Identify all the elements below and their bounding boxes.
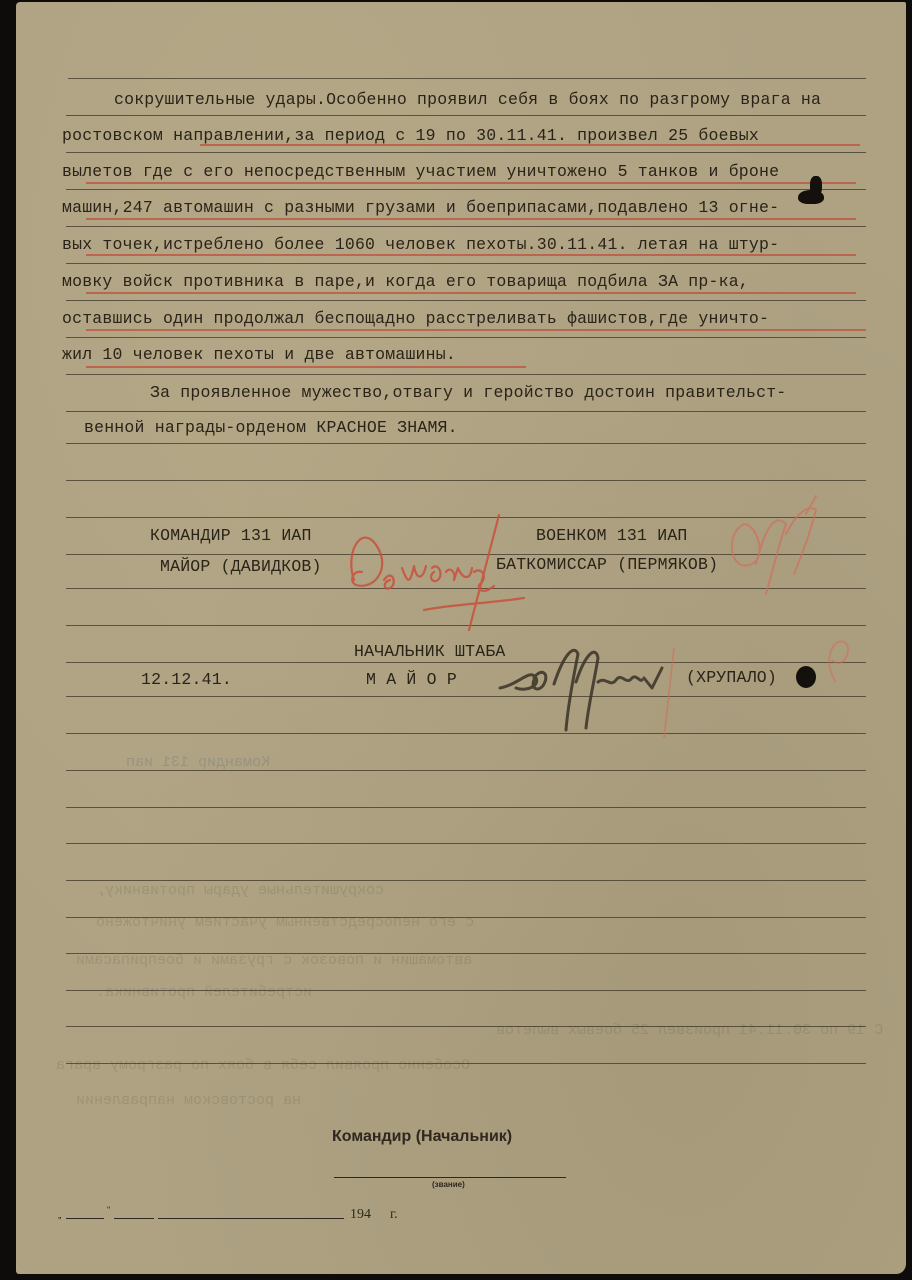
chief-of-staff-handwritten-signature — [494, 638, 694, 738]
conclusion-line: венной награды-орденом КРАСНОЕ ЗНАМЯ. — [84, 418, 458, 437]
body-line: вылетов где с его непосредственным участ… — [62, 162, 779, 181]
conclusion-line: За проявленное мужество,отвагу и геройст… — [150, 383, 786, 402]
commander-rank-name: МАЙОР (ДАВИДКОВ) — [160, 557, 322, 576]
body-line: сокрушительные удары.Особенно проявил се… — [114, 90, 821, 109]
commissar-rank-name: БАТКОМИССАР (ПЕРМЯКОВ) — [496, 555, 718, 574]
year-suffix: г. — [390, 1207, 398, 1223]
ink-blot — [798, 190, 824, 204]
body-line: оставшись один продолжал беспощадно расс… — [62, 309, 769, 328]
date-close-quote: " — [107, 1205, 110, 1215]
commander-handwritten-signature — [334, 510, 534, 640]
body-line: ростовском направлении,за период с 19 по… — [62, 126, 759, 145]
commissar-handwritten-signature — [716, 494, 836, 604]
rank-caption: (звание) — [432, 1180, 465, 1189]
commissar-title: ВОЕНКОМ 131 ИАП — [536, 526, 688, 545]
chief-of-staff-red-initial — [816, 632, 856, 692]
chief-of-staff-title: НАЧАЛЬНИК ШТАБА — [354, 642, 506, 661]
year-text: 194 — [350, 1207, 371, 1223]
body-line: жил 10 человек пехоты и две автомашины. — [62, 345, 456, 364]
day-line — [66, 1218, 104, 1219]
body-line: вых точек,истреблено более 1060 человек … — [62, 235, 779, 254]
month-line-1 — [114, 1218, 154, 1219]
body-line: машин,247 автомашин с разными грузами и … — [62, 198, 779, 217]
signature-date: 12.12.41. — [141, 670, 232, 689]
chief-of-staff-rank: М А Й О Р — [366, 670, 457, 689]
commander-title: КОМАНДИР 131 ИАП — [150, 526, 312, 545]
rank-signature-line — [334, 1177, 566, 1178]
ink-blot — [796, 666, 816, 688]
footer-commander-title: Командир (Начальник) — [332, 1128, 512, 1146]
body-line: мовку войск противника в паре,и когда ег… — [62, 272, 749, 291]
chief-of-staff-name: (ХРУПАЛО) — [686, 668, 777, 687]
document-sheet: Командир 131 иап сокрушительные удары пр… — [16, 2, 906, 1274]
date-open-quote: „ — [58, 1210, 61, 1221]
month-line-2 — [158, 1218, 344, 1219]
